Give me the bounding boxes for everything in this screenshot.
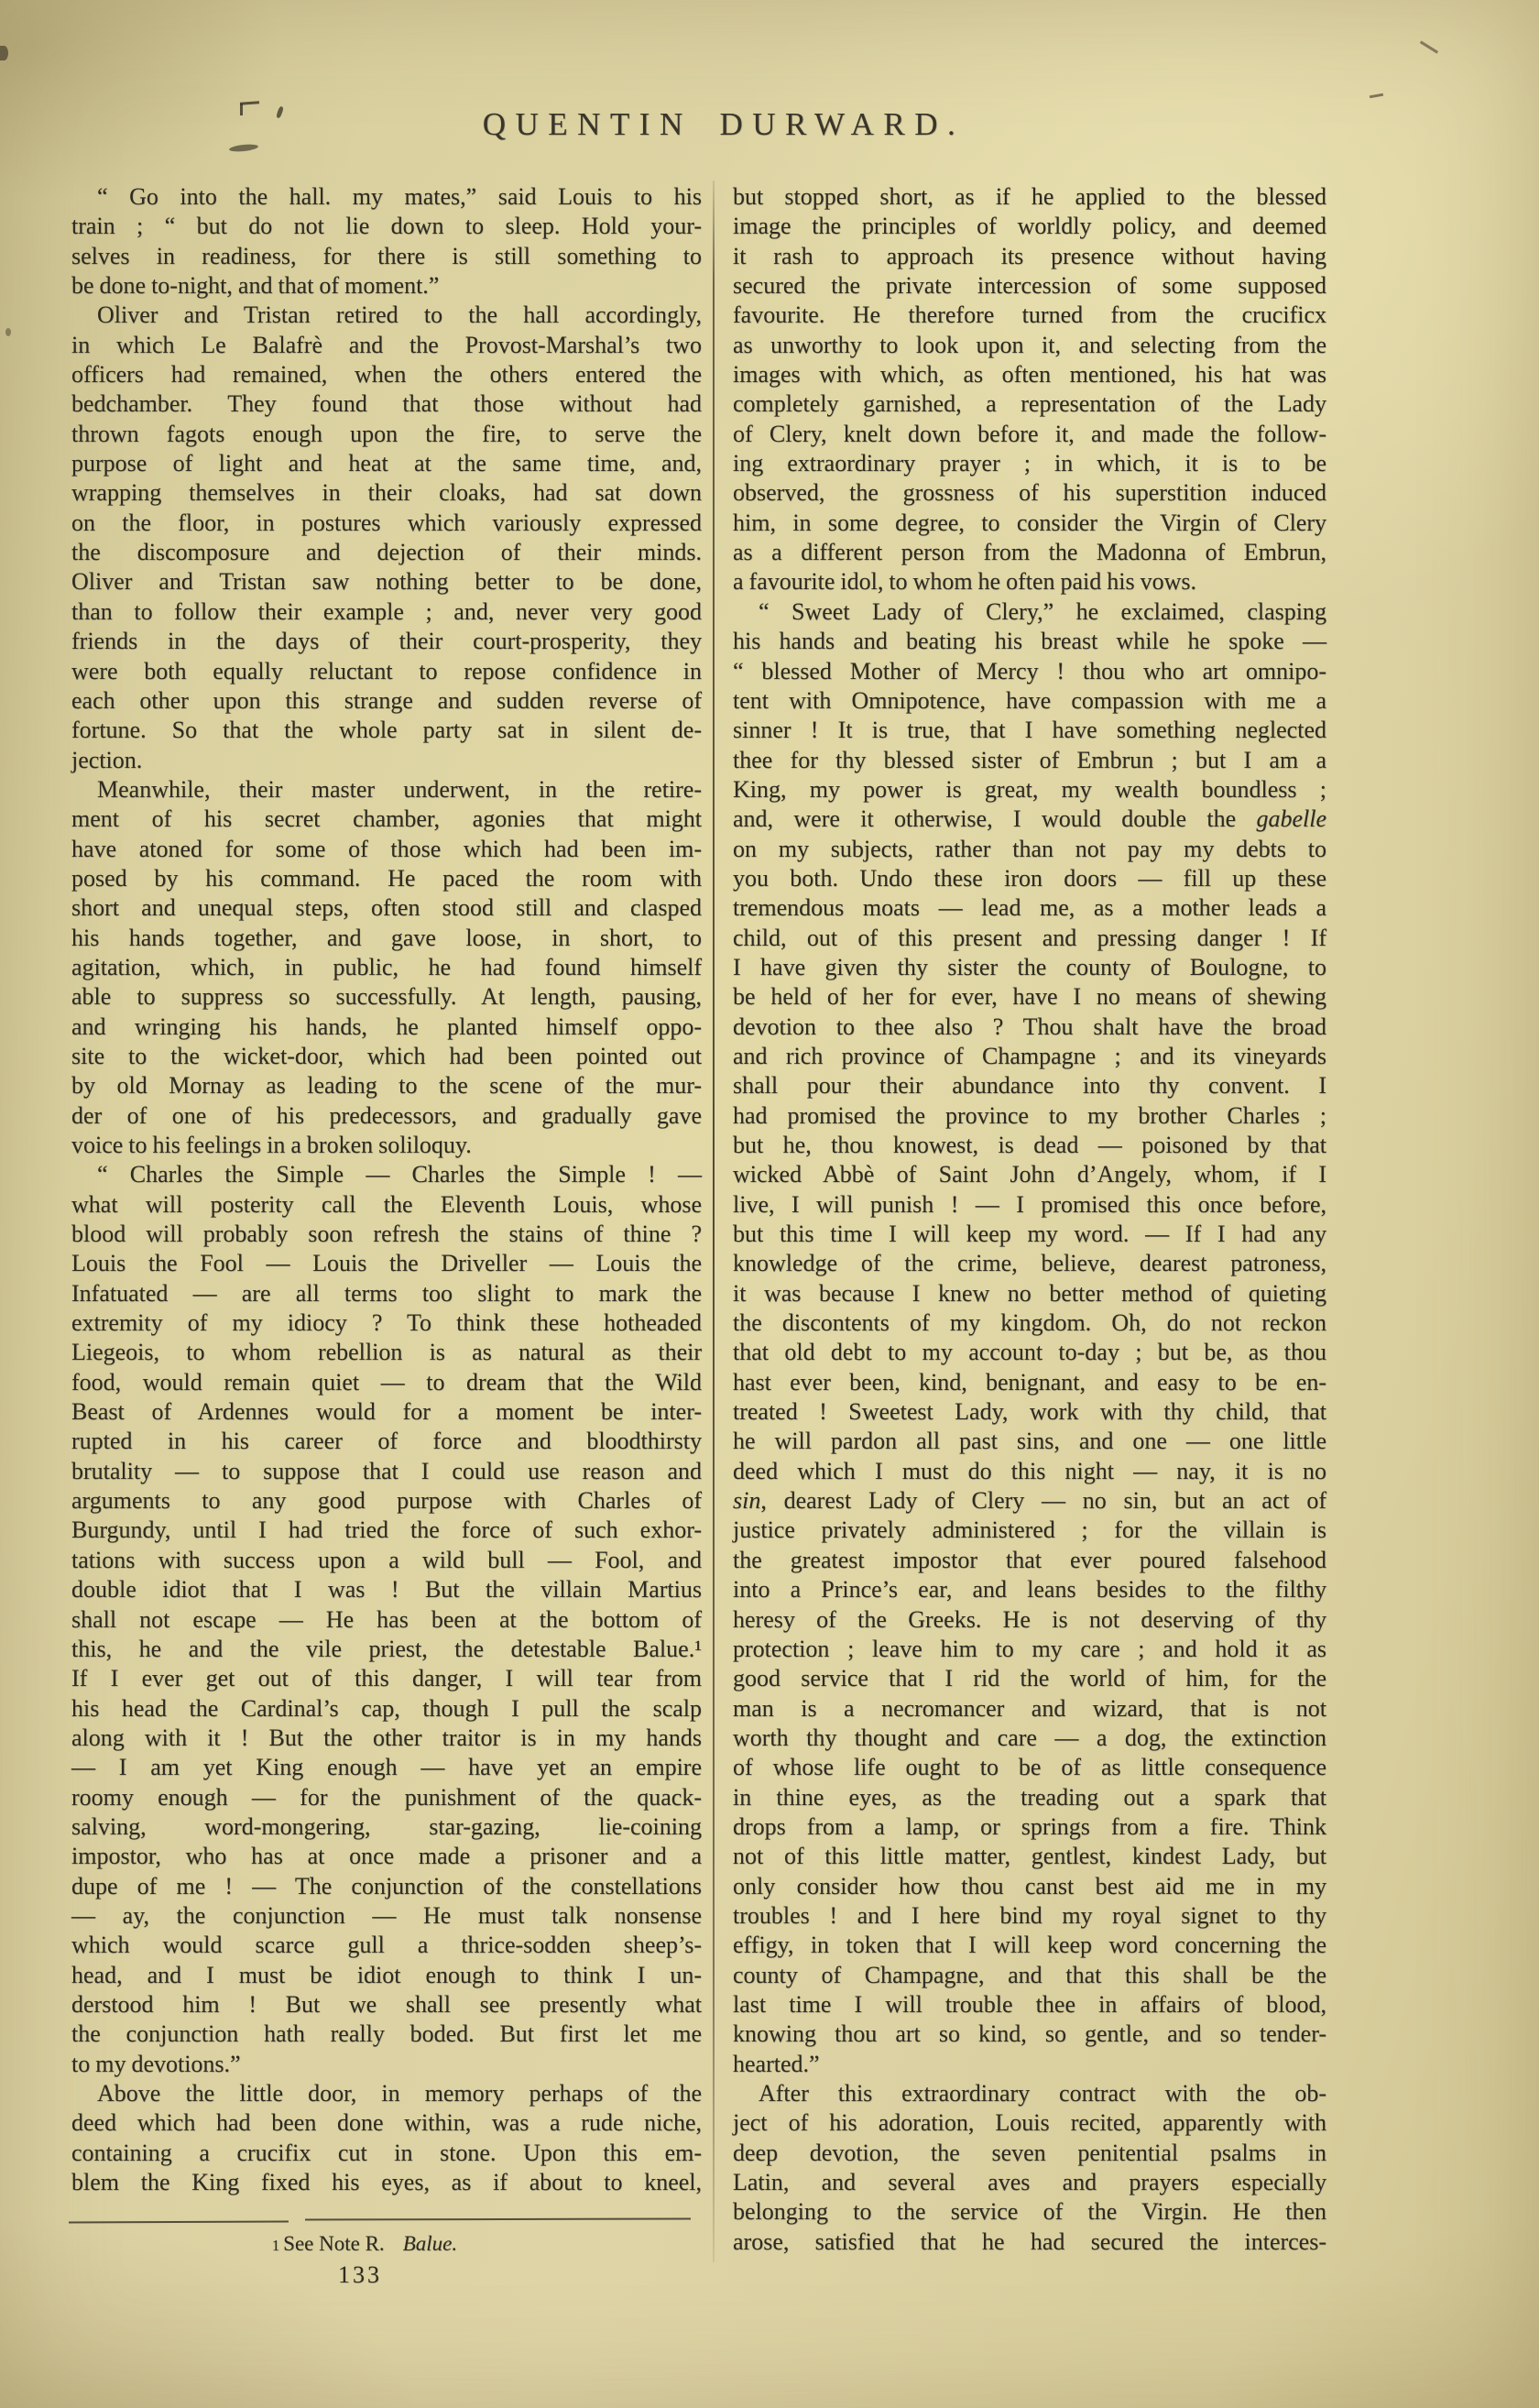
- left-column: “ Go into the hall. my mates,” said Loui…: [71, 182, 702, 2197]
- text-line: dupe of me ! — The conjunction of the co…: [71, 1872, 702, 1901]
- text-line: this, he and the vile priest, the detest…: [71, 1635, 702, 1664]
- text-line: food, would remain quiet — to dream that…: [71, 1368, 702, 1397]
- text-line: site to the wicket-door, which had been …: [71, 1042, 702, 1071]
- text-line: favourite. He therefore turned from the …: [733, 301, 1326, 330]
- text-line: he will pardon all past sins, and one — …: [733, 1427, 1326, 1456]
- text-line: to my devotions.”: [71, 2050, 702, 2079]
- text-line: by old Mornay as leading to the scene of…: [71, 1071, 702, 1100]
- text-line: the conjunction hath really boded. But f…: [71, 2019, 702, 2049]
- footnote-number: 1: [272, 2237, 279, 2254]
- text-line: jection.: [71, 746, 702, 775]
- text-line: containing a crucifix cut in stone. Upon…: [71, 2139, 702, 2168]
- text-line: “ Go into the hall. my mates,” said Loui…: [71, 182, 702, 212]
- text-line: man is a necromancer and wizard, that is…: [733, 1694, 1326, 1724]
- text-line: “ blessed Mother of Mercy ! thou who art…: [733, 657, 1326, 686]
- text-line: child, out of this present and pressing …: [733, 924, 1326, 953]
- text-line: brutality — to suppose that I could use …: [71, 1457, 702, 1486]
- book-page: QUENTIN DURWARD. “ Go into the hall. my …: [0, 0, 1539, 2408]
- footnote-text: See Note R.: [283, 2232, 385, 2255]
- text-line: as a different person from the Madonna o…: [733, 538, 1326, 567]
- text-line: last time I will trouble thee in affairs…: [733, 1990, 1326, 2019]
- text-line: in thine eyes, as the treading out a spa…: [733, 1783, 1326, 1812]
- text-line: but he, thou knowest, is dead — poisoned…: [733, 1131, 1326, 1160]
- paragraph: Oliver and Tristan retired to the hall a…: [71, 301, 702, 775]
- text-line: Latin, and several aves and prayers espe…: [733, 2168, 1326, 2197]
- text-line: shall not escape — He has been at the bo…: [71, 1605, 702, 1635]
- column-divider-rule: [713, 181, 715, 2262]
- text-line: knowing thou art so kind, so gentle, and…: [733, 2019, 1326, 2049]
- text-line: head, and I must be idiot enough to thin…: [71, 1961, 702, 1990]
- text-line: you both. Undo these iron doors — fill u…: [733, 864, 1326, 893]
- text-line: Above the little door, in memory perhaps…: [71, 2079, 702, 2108]
- text-line: tations with success upon a wild bull — …: [71, 1546, 702, 1575]
- text-line: If I ever get out of this danger, I will…: [71, 1664, 702, 1693]
- text-line: friends in the days of their court-prosp…: [71, 627, 702, 656]
- text-line: blood will probably soon refresh the sta…: [71, 1220, 702, 1249]
- text-line: Liegeois, to whom rebellion is as natura…: [71, 1338, 702, 1367]
- text-line: into a Prince’s ear, and leans besides t…: [733, 1575, 1326, 1604]
- text-line: image the principles of worldly policy, …: [733, 212, 1326, 241]
- text-line: Beast of Ardennes would for a moment be …: [71, 1397, 702, 1427]
- text-line: rupted in his career of force and bloodt…: [71, 1427, 702, 1456]
- text-line: arguments to any good purpose with Charl…: [71, 1486, 702, 1516]
- text-line: posed by his command. He paced the room …: [71, 864, 702, 893]
- text-line: worth thy thought and care — a dog, the …: [733, 1724, 1326, 1753]
- text-line: officers had remained, when the others e…: [71, 360, 702, 389]
- text-line: deep devotion, the seven penitential psa…: [733, 2139, 1326, 2168]
- text-line: what will posterity call the Eleventh Lo…: [71, 1190, 702, 1220]
- text-line: devotion to thee also ? Thou shalt have …: [733, 1012, 1326, 1042]
- text-line: tremendous moats — lead me, as a mother …: [733, 893, 1326, 923]
- paragraph: Meanwhile, their master underwent, in th…: [71, 775, 702, 1160]
- text-line: be done to-night, and that of moment.”: [71, 271, 702, 301]
- text-line: thrown fagots enough upon the fire, to s…: [71, 420, 702, 449]
- text-line: sin, dearest Lady of Clery — no sin, but…: [733, 1486, 1326, 1516]
- text-line: heresy of the Greeks. He is not deservin…: [733, 1605, 1326, 1635]
- text-line: as unworthy to look upon it, and selecti…: [733, 331, 1326, 360]
- text-line: ject of his adoration, Louis recited, ap…: [733, 2108, 1326, 2138]
- text-line: belonging to the service of the Virgin. …: [733, 2197, 1326, 2227]
- text-line: ment of his secret chamber, agonies that…: [71, 804, 702, 834]
- text-line: treated ! Sweetest Lady, work with thy c…: [733, 1397, 1326, 1427]
- text-line: not of this little matter, gentlest, kin…: [733, 1842, 1326, 1871]
- text-line: “ Charles the Simple — Charles the Simpl…: [71, 1160, 702, 1189]
- text-line: along with it ! But the other traitor is…: [71, 1724, 702, 1753]
- text-line: Louis the Fool — Louis the Driveller — L…: [71, 1249, 702, 1278]
- ink-mark: [0, 46, 8, 60]
- text-line: “ Sweet Lady of Clery,” he exclaimed, cl…: [733, 597, 1326, 627]
- text-line: arose, satisfied that he had secured the…: [733, 2227, 1326, 2257]
- ink-mark: [1420, 40, 1438, 53]
- text-line: his hands and beating his breast while h…: [733, 627, 1326, 656]
- text-line: agitation, which, in public, he had foun…: [71, 953, 702, 982]
- text-line: selves in readiness, for there is still …: [71, 242, 702, 271]
- text-line: each other upon this strange and sudden …: [71, 686, 702, 716]
- text-line: his head the Cardinal’s cap, though I pu…: [71, 1694, 702, 1724]
- paragraph: Above the little door, in memory perhaps…: [71, 2079, 702, 2197]
- text-line: of whose life ought to be of as little c…: [733, 1753, 1326, 1782]
- text-line: which would scarce gull a thrice-sodden …: [71, 1931, 702, 1960]
- footnote-work: Balue.: [403, 2232, 457, 2255]
- text-line: be held of her for ever, have I no means…: [733, 982, 1326, 1012]
- text-line: in which Le Balafrè and the Provost-Mars…: [71, 331, 702, 360]
- text-line: had promised the province to my brother …: [733, 1101, 1326, 1131]
- text-line: derstood him ! But we shall see presentl…: [71, 1990, 702, 2019]
- text-line: it was because I knew no better method o…: [733, 1279, 1326, 1308]
- text-line: and wringing his hands, he planted himse…: [71, 1012, 702, 1042]
- text-line: Burgundy, until I had tried the force of…: [71, 1516, 702, 1545]
- text-line: his hands together, and gave loose, in s…: [71, 924, 702, 953]
- text-line: thee for thy blessed sister of Embrun ; …: [733, 746, 1326, 775]
- text-line: the discomposure and dejection of their …: [71, 538, 702, 567]
- text-line: salving, word-mongering, star-gazing, li…: [71, 1812, 702, 1842]
- text-line: justice privately administered ; for the…: [733, 1516, 1326, 1545]
- text-line: drops from a lamp, or springs from a fir…: [733, 1812, 1326, 1842]
- text-line: — I am yet King enough — have yet an emp…: [71, 1753, 702, 1782]
- text-line: Meanwhile, their master underwent, in th…: [71, 775, 702, 804]
- text-line: were both equally reluctant to repose co…: [71, 657, 702, 686]
- text-line: it rash to approach its presence without…: [733, 242, 1326, 271]
- paragraph: but stopped short, as if he applied to t…: [733, 182, 1326, 597]
- text-line: but stopped short, as if he applied to t…: [733, 182, 1326, 212]
- text-line: blem the King fixed his eyes, as if abou…: [71, 2168, 702, 2197]
- footnote-rule: [69, 2220, 289, 2223]
- text-line: effigy, in token that I will keep word c…: [733, 1931, 1326, 1960]
- text-line: train ; “ but do not lie down to sleep. …: [71, 212, 702, 241]
- text-line: Oliver and Tristan retired to the hall a…: [71, 301, 702, 330]
- text-line: protection ; leave him to my care ; and …: [733, 1635, 1326, 1664]
- text-line: extremity of my idiocy ? To think these …: [71, 1308, 702, 1338]
- text-line: images with which, as often mentioned, h…: [733, 360, 1326, 389]
- text-line: good service that I rid the world of him…: [733, 1664, 1326, 1693]
- text-line: observed, the grossness of his superstit…: [733, 478, 1326, 508]
- text-line: the greatest impostor that ever poured f…: [733, 1546, 1326, 1575]
- text-line: sinner ! It is true, that I have somethi…: [733, 716, 1326, 745]
- text-line: county of Champagne, and that this shall…: [733, 1961, 1326, 1990]
- text-line: wrapping themselves in their cloaks, had…: [71, 478, 702, 508]
- text-line: on the floor, in postures which variousl…: [71, 509, 702, 538]
- text-line: completely garnished, a representation o…: [733, 389, 1326, 419]
- text-line: bedchamber. They found that those withou…: [71, 389, 702, 419]
- footnote-rule: [305, 2218, 691, 2221]
- text-line: tent with Omnipotence, have compassion w…: [733, 686, 1326, 716]
- right-column: but stopped short, as if he applied to t…: [733, 182, 1326, 2257]
- ink-smudge: [229, 143, 259, 152]
- text-line: — ay, the conjunction — He must talk non…: [71, 1901, 702, 1931]
- text-line: secured the private intercession of some…: [733, 271, 1326, 301]
- text-line: on my subjects, rather than not pay my d…: [733, 835, 1326, 864]
- paragraph: “ Go into the hall. my mates,” said Loui…: [71, 182, 702, 301]
- paragraph: After this extraordinary contract with t…: [733, 2079, 1326, 2257]
- page-title: QUENTIN DURWARD.: [73, 106, 1374, 143]
- text-line: troubles ! and I here bind my royal sign…: [733, 1901, 1326, 1931]
- text-line: ing extraordinary prayer ; in which, it …: [733, 449, 1326, 478]
- text-line: I have given thy sister the county of Bo…: [733, 953, 1326, 982]
- ink-mark: [1370, 93, 1383, 99]
- text-line: than to follow their example ; and, neve…: [71, 597, 702, 627]
- page-number: 133: [71, 2261, 649, 2289]
- text-line: impostor, who has at once made a prisone…: [71, 1842, 702, 1871]
- text-line: After this extraordinary contract with t…: [733, 2079, 1326, 2108]
- text-line: fortune. So that the whole party sat in …: [71, 716, 702, 745]
- text-line: knowledge of the crime, believe, dearest…: [733, 1249, 1326, 1278]
- text-line: a favourite idol, to whom he often paid …: [733, 567, 1326, 597]
- text-line: Infatuated — are all terms too slight to…: [71, 1279, 702, 1308]
- text-line: purpose of light and heat at the same ti…: [71, 449, 702, 478]
- text-line: double idiot that I was ! But the villai…: [71, 1575, 702, 1604]
- text-line: and, were it otherwise, I would double t…: [733, 804, 1326, 834]
- text-line: King, my power is great, my wealth bound…: [733, 775, 1326, 804]
- text-line: live, I will punish ! — I promised this …: [733, 1190, 1326, 1220]
- text-line: the discontents of my kingdom. Oh, do no…: [733, 1308, 1326, 1338]
- footnote: 1See Note R.Balue.: [71, 2232, 658, 2256]
- paragraph: “ Sweet Lady of Clery,” he exclaimed, cl…: [733, 597, 1326, 2079]
- text-line: him, in some degree, to consider the Vir…: [733, 509, 1326, 538]
- text-line: voice to his feelings in a broken solilo…: [71, 1131, 702, 1160]
- text-line: but this time I will keep my word. — If …: [733, 1220, 1326, 1249]
- text-line: roomy enough — for the punishment of the…: [71, 1783, 702, 1812]
- text-line: only consider how thou canst best aid me…: [733, 1872, 1326, 1901]
- text-line: Oliver and Tristan saw nothing better to…: [71, 567, 702, 597]
- text-line: hast ever been, kind, benignant, and eas…: [733, 1368, 1326, 1397]
- text-line: have atoned for some of those which had …: [71, 835, 702, 864]
- text-line: short and unequal steps, often stood sti…: [71, 893, 702, 923]
- paragraph: “ Charles the Simple — Charles the Simpl…: [71, 1160, 702, 2079]
- text-line: wicked Abbè of Saint John d’Angely, whom…: [733, 1160, 1326, 1189]
- ink-mark: [240, 101, 259, 104]
- text-line: hearted.”: [733, 2050, 1326, 2079]
- text-line: and rich province of Champagne ; and its…: [733, 1042, 1326, 1071]
- text-line: der of one of his predecessors, and grad…: [71, 1101, 702, 1131]
- text-line: deed which had been done within, was a r…: [71, 2108, 702, 2138]
- text-line: that old debt to my account to-day ; but…: [733, 1338, 1326, 1367]
- ink-mark: [5, 328, 11, 336]
- text-line: of Clery, knelt down before it, and made…: [733, 420, 1326, 449]
- text-line: able to suppress so successfully. At len…: [71, 982, 702, 1012]
- text-line: shall pour their abundance into thy conv…: [733, 1071, 1326, 1100]
- text-line: deed which I must do this night — nay, i…: [733, 1457, 1326, 1486]
